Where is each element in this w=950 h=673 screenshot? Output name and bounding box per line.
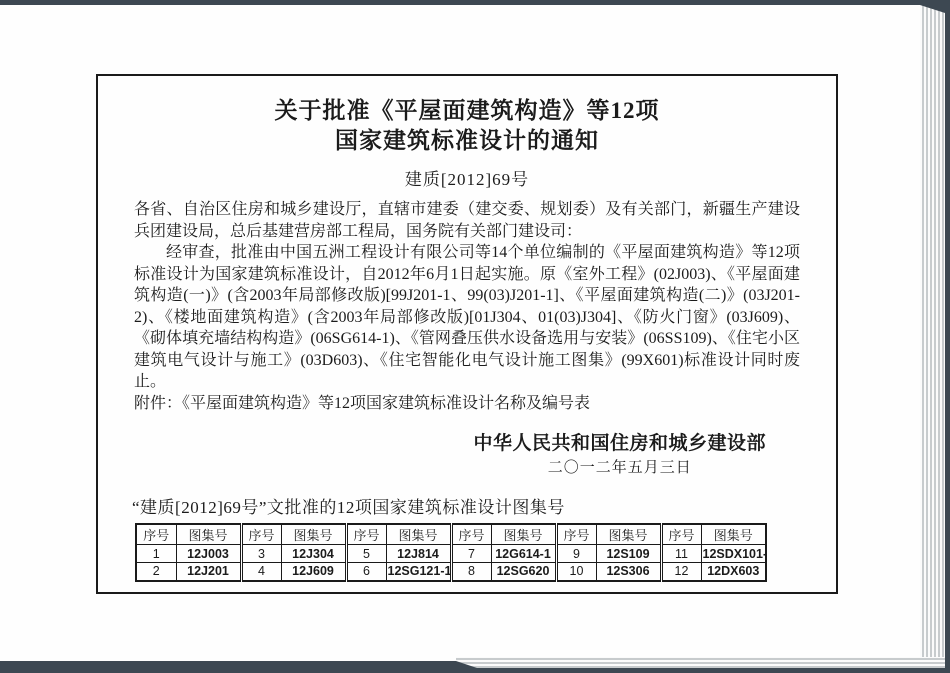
col-header-no: 序号 bbox=[451, 524, 491, 545]
atlas-code: 12J609 bbox=[281, 563, 346, 581]
atlas-code-table: 序号 图集号 序号 图集号 序号 图集号 序号 图集号 序号 图集号 序号 图集… bbox=[135, 523, 767, 582]
notice-title-line1: 关于批准《平屋面建筑构造》等12项 bbox=[98, 96, 836, 126]
serial-number: 2 bbox=[136, 563, 176, 581]
serial-number: 3 bbox=[241, 545, 281, 563]
atlas-code: 12SG620 bbox=[491, 563, 556, 581]
serial-number: 11 bbox=[661, 545, 701, 563]
serial-number: 5 bbox=[346, 545, 386, 563]
col-header-no: 序号 bbox=[241, 524, 281, 545]
serial-number: 9 bbox=[556, 545, 596, 563]
atlas-code: 12SDX101-2 bbox=[701, 545, 766, 563]
atlas-code: 12DX603 bbox=[701, 563, 766, 581]
attachment-line: 附件：《平屋面建筑构造》等12项国家建筑标准设计名称及编号表 bbox=[134, 393, 800, 415]
serial-number: 4 bbox=[241, 563, 281, 581]
col-header-no: 序号 bbox=[556, 524, 596, 545]
serial-number: 1 bbox=[136, 545, 176, 563]
col-header-code: 图集号 bbox=[596, 524, 661, 545]
page-stack-bottom-edge bbox=[456, 657, 945, 668]
atlas-code: 12S306 bbox=[596, 563, 661, 581]
document-number: 建质[2012]69号 bbox=[98, 169, 836, 190]
serial-number: 10 bbox=[556, 563, 596, 581]
table-caption: “建质[2012]69号”文批准的12项国家建筑标准设计图集号 bbox=[132, 497, 800, 519]
viewer-top-edge bbox=[0, 0, 950, 5]
atlas-code: 12J003 bbox=[176, 545, 241, 563]
atlas-code: 12J304 bbox=[281, 545, 346, 563]
document-page: 关于批准《平屋面建筑构造》等12项 国家建筑标准设计的通知 建质[2012]69… bbox=[0, 5, 920, 661]
table-row: 1 12J003 3 12J304 5 12J814 7 12G614-1 9 … bbox=[136, 545, 766, 563]
col-header-no: 序号 bbox=[661, 524, 701, 545]
serial-number: 8 bbox=[451, 563, 491, 581]
document-frame: 关于批准《平屋面建筑构造》等12项 国家建筑标准设计的通知 建质[2012]69… bbox=[96, 74, 838, 594]
issuing-authority: 中华人民共和国住房和城乡建设部 bbox=[473, 432, 766, 456]
scanned-document-viewer: 关于批准《平屋面建筑构造》等12项 国家建筑标准设计的通知 建质[2012]69… bbox=[0, 0, 950, 673]
serial-number: 6 bbox=[346, 563, 386, 581]
signature-block: 中华人民共和国住房和城乡建设部 二〇一二年五月三日 bbox=[98, 432, 836, 478]
col-header-no: 序号 bbox=[136, 524, 176, 545]
table-row: 2 12J201 4 12J609 6 12SG121-1 8 12SG620 … bbox=[136, 563, 766, 581]
salutation-paragraph: 各省、自治区住房和城乡建设厅，直辖市建委（建交委、规划委）及有关部门，新疆生产建… bbox=[134, 199, 800, 242]
col-header-code: 图集号 bbox=[491, 524, 556, 545]
atlas-code: 12SG121-1 bbox=[386, 563, 451, 581]
atlas-code: 12J814 bbox=[386, 545, 451, 563]
main-paragraph: 经审查，批准由中国五洲工程设计有限公司等14个单位编制的《平屋面建筑构造》等12… bbox=[134, 242, 800, 393]
serial-number: 7 bbox=[451, 545, 491, 563]
atlas-code: 12S109 bbox=[596, 545, 661, 563]
viewer-bottom-left-edge bbox=[0, 661, 492, 673]
issue-date: 二〇一二年五月三日 bbox=[473, 458, 766, 478]
atlas-code: 12J201 bbox=[176, 563, 241, 581]
col-header-code: 图集号 bbox=[386, 524, 451, 545]
page-stack-right-edge bbox=[920, 5, 945, 661]
notice-title: 关于批准《平屋面建筑构造》等12项 国家建筑标准设计的通知 bbox=[98, 96, 836, 156]
notice-body: 各省、自治区住房和城乡建设厅，直辖市建委（建交委、规划委）及有关部门，新疆生产建… bbox=[134, 199, 800, 414]
col-header-code: 图集号 bbox=[176, 524, 241, 545]
notice-title-line2: 国家建筑标准设计的通知 bbox=[98, 126, 836, 156]
viewer-right-edge bbox=[945, 0, 950, 673]
col-header-code: 图集号 bbox=[281, 524, 346, 545]
atlas-code: 12G614-1 bbox=[491, 545, 556, 563]
table-header-row: 序号 图集号 序号 图集号 序号 图集号 序号 图集号 序号 图集号 序号 图集… bbox=[136, 524, 766, 545]
signature-inner: 中华人民共和国住房和城乡建设部 二〇一二年五月三日 bbox=[473, 432, 766, 478]
col-header-no: 序号 bbox=[346, 524, 386, 545]
serial-number: 12 bbox=[661, 563, 701, 581]
col-header-code: 图集号 bbox=[701, 524, 766, 545]
